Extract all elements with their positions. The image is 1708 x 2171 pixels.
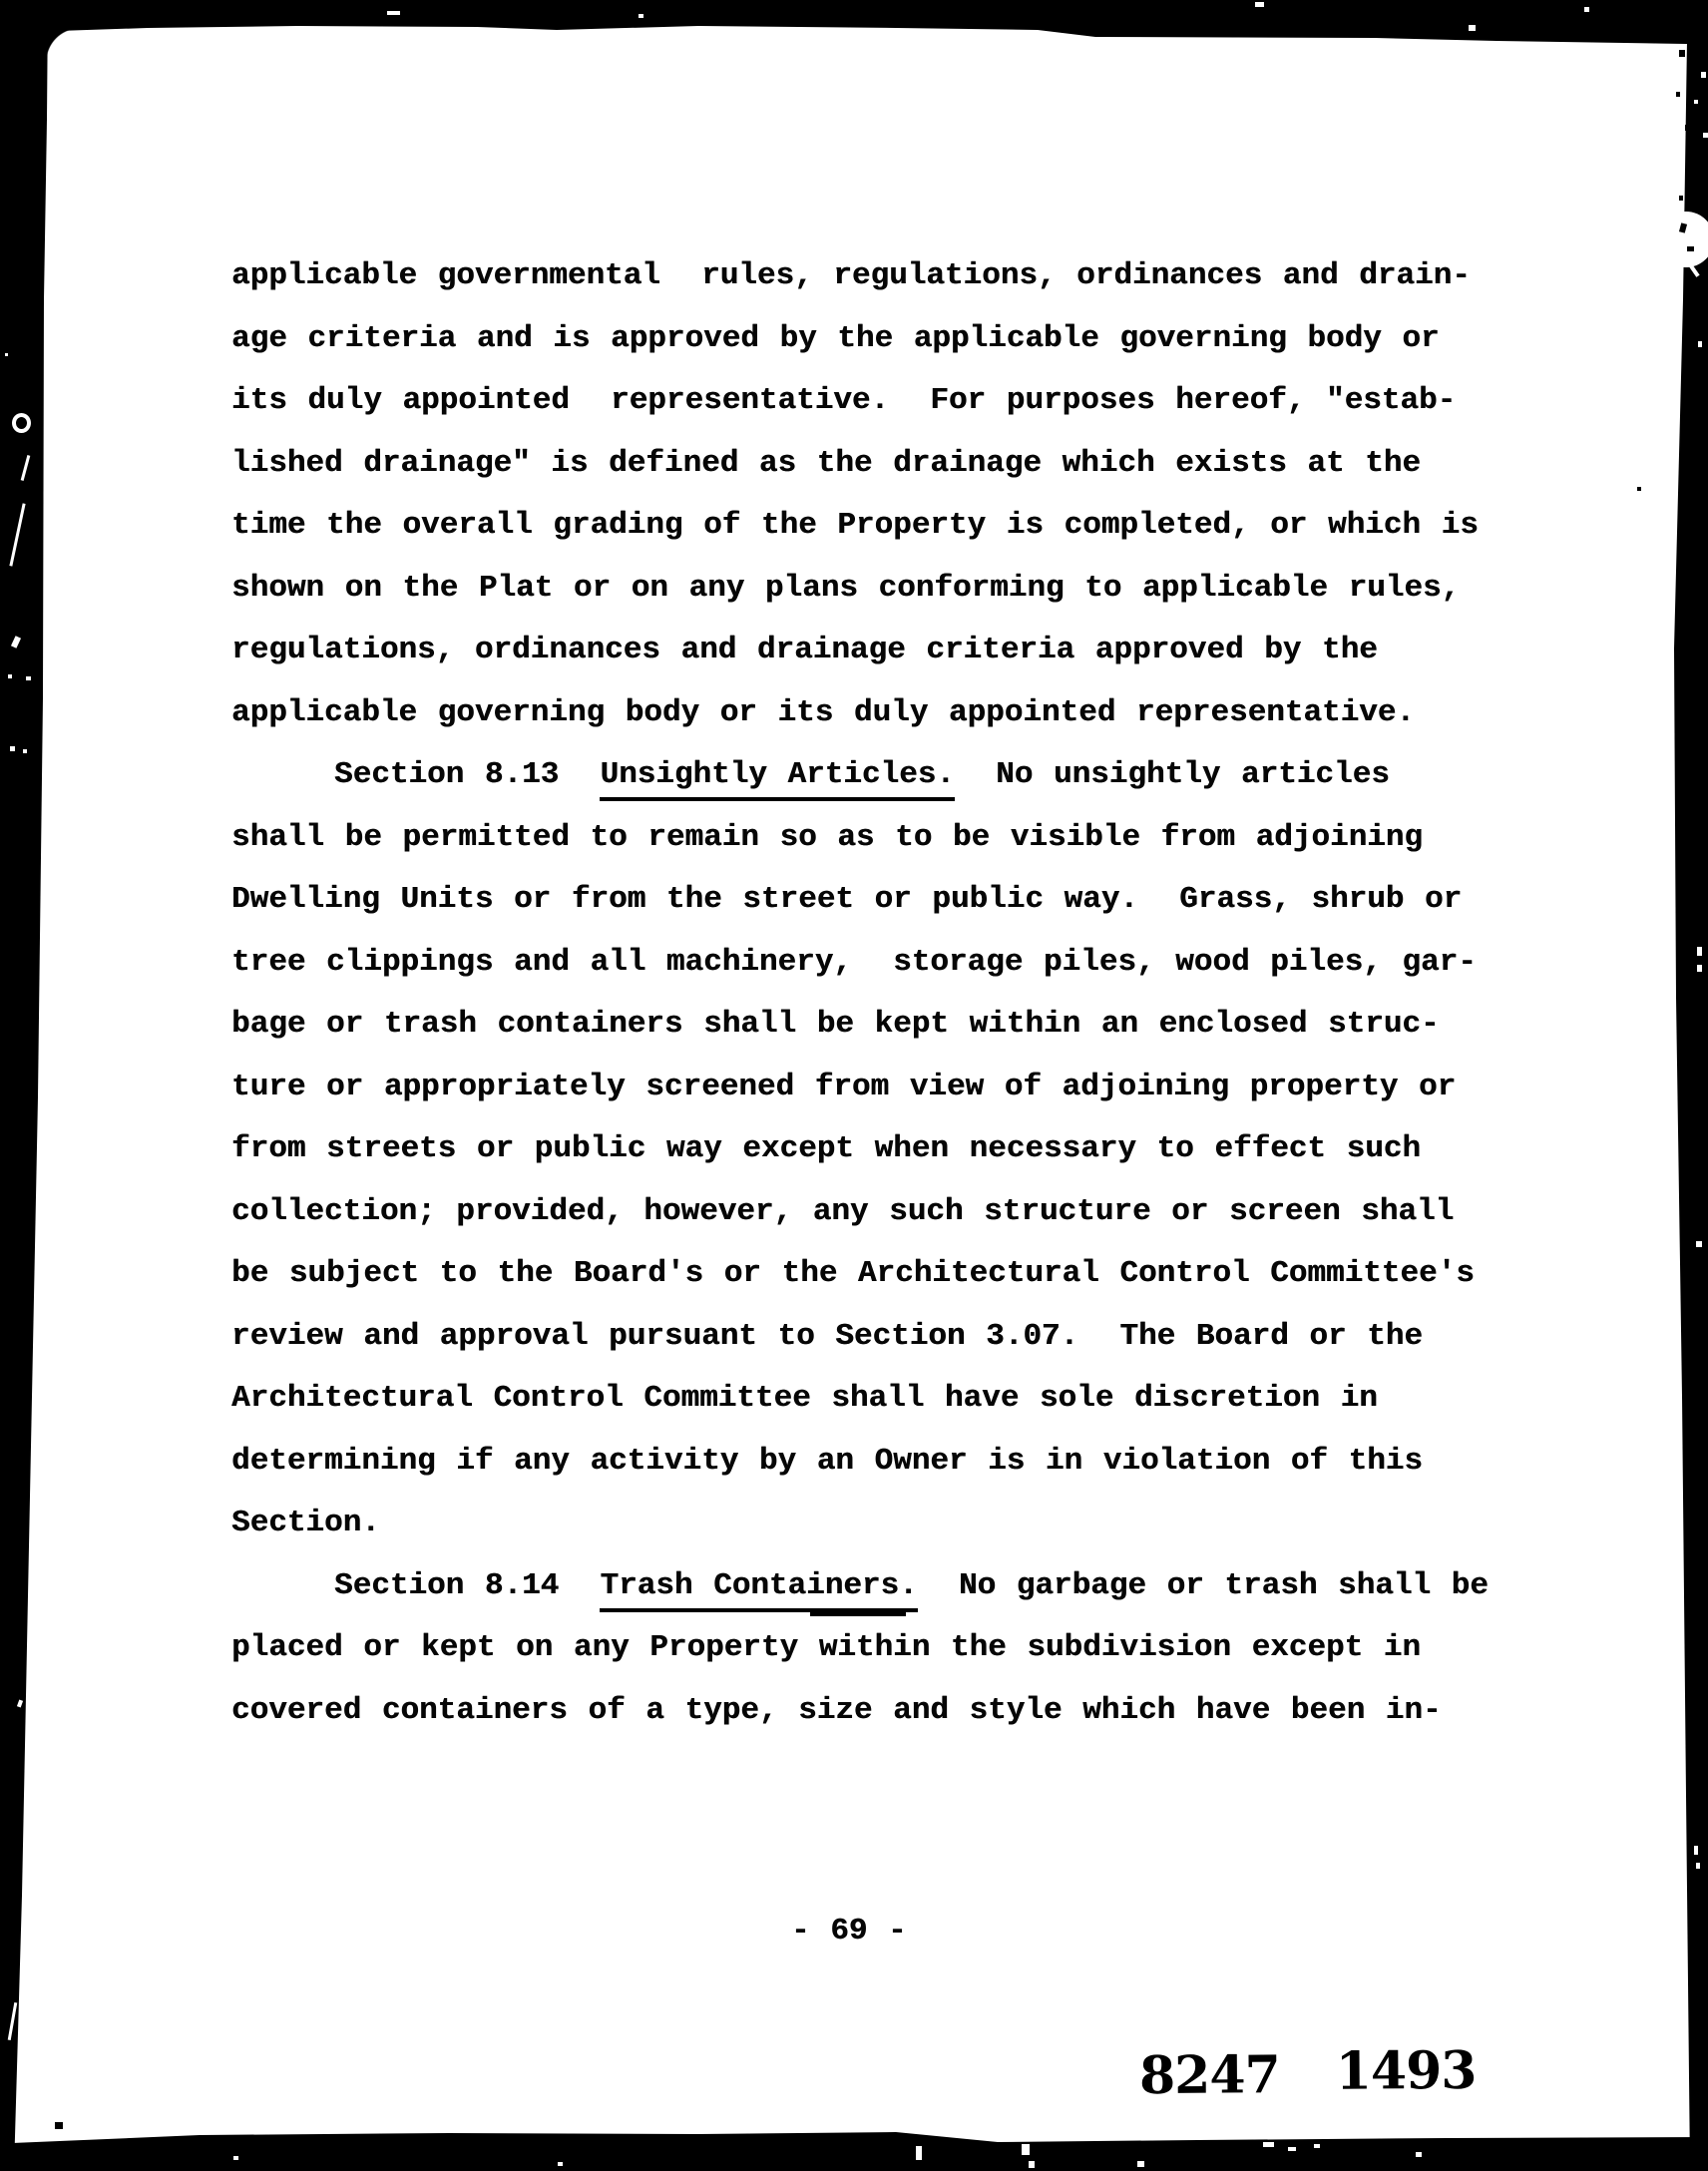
underline-fragment bbox=[810, 1612, 906, 1616]
text-line: applicable governing body or its duly ap… bbox=[231, 682, 1489, 745]
scan-noise-speck bbox=[1263, 2142, 1274, 2147]
scan-noise-speck bbox=[1701, 72, 1706, 78]
scan-noise-speck bbox=[8, 674, 12, 678]
scan-noise-speck bbox=[55, 2122, 63, 2129]
scan-noise-speck bbox=[1685, 125, 1690, 131]
scan-noise-speck bbox=[1687, 246, 1694, 251]
text-line: applicable governmental rules, regulatio… bbox=[231, 245, 1489, 308]
text-line: Dwelling Units or from the street or pub… bbox=[231, 869, 1489, 932]
stamp-number-right: 1493 bbox=[1335, 2040, 1476, 2102]
photocopy-border-top bbox=[0, 0, 1708, 50]
text-line: be subject to the Board's or the Archite… bbox=[231, 1243, 1489, 1306]
page-rounded-corner bbox=[44, 26, 80, 62]
text-line: Section 8.13 Unsightly Articles. No unsi… bbox=[231, 744, 1489, 807]
text-line: determining if any activity by an Owner … bbox=[231, 1431, 1489, 1494]
scan-noise-speck bbox=[233, 2156, 238, 2160]
document-body-text: applicable governmental rules, regulatio… bbox=[231, 245, 1489, 1742]
section-text: No unsightly articles bbox=[955, 757, 1390, 792]
scan-noise-speck bbox=[1694, 1846, 1698, 1855]
text-line: its duly appointed representative. For p… bbox=[231, 370, 1489, 433]
text-line: Section 8.14 Trash Containers. No garbag… bbox=[231, 1555, 1489, 1618]
scan-noise-speck bbox=[1679, 196, 1683, 201]
text-line: regulations, ordinances and drainage cri… bbox=[231, 620, 1489, 682]
scan-noise-speck bbox=[23, 749, 27, 753]
scan-noise-speck bbox=[1694, 100, 1698, 104]
scan-noise-speck bbox=[1255, 2, 1264, 7]
text-line: review and approval pursuant to Section … bbox=[231, 1306, 1489, 1369]
scan-noise-speck bbox=[1696, 1863, 1700, 1869]
text-line: ture or appropriately screened from view… bbox=[231, 1057, 1489, 1119]
scan-noise-speck bbox=[26, 676, 31, 680]
stamp-number-left: 8247 bbox=[1139, 2044, 1280, 2106]
scan-noise-speck bbox=[1697, 947, 1702, 956]
scan-noise-speck bbox=[1637, 487, 1641, 491]
section-label: Section 8.14 bbox=[231, 1568, 600, 1603]
scan-noise-speck bbox=[558, 2162, 563, 2166]
scan-noise-speck bbox=[1469, 25, 1476, 31]
text-line: shall be permitted to remain so as to be… bbox=[231, 807, 1489, 870]
scan-noise-speck bbox=[1584, 7, 1589, 12]
text-line: shown on the Plat or on any plans confor… bbox=[231, 558, 1489, 621]
scan-noise-speck bbox=[916, 2146, 922, 2160]
scan-noise-speck bbox=[639, 14, 643, 18]
scan-noise-speck bbox=[1679, 50, 1685, 57]
scan-noise-speck bbox=[1698, 341, 1702, 347]
page-number: - 69 - bbox=[791, 1901, 907, 1963]
scan-noise-speck bbox=[10, 746, 15, 751]
text-line: Section. bbox=[231, 1493, 1489, 1555]
text-line: from streets or public way except when n… bbox=[231, 1118, 1489, 1181]
section-text: No garbage or trash shall be bbox=[918, 1568, 1489, 1603]
text-line: tree clippings and all machinery, storag… bbox=[231, 932, 1489, 995]
punch-notch-bump bbox=[1658, 212, 1708, 267]
scan-noise-speck bbox=[1676, 92, 1680, 97]
scan-noise-speck bbox=[1314, 2144, 1320, 2148]
text-line: lished drainage" is defined as the drain… bbox=[231, 433, 1489, 496]
scan-noise-speck bbox=[1022, 2144, 1030, 2155]
scanned-document-page: applicable governmental rules, regulatio… bbox=[0, 0, 1708, 2171]
scan-noise-speck bbox=[1029, 2161, 1035, 2168]
scan-noise-ring bbox=[12, 413, 31, 433]
photocopy-border-left bbox=[0, 0, 60, 2171]
scan-noise-speck bbox=[1416, 2152, 1422, 2157]
scan-noise-speck bbox=[1703, 133, 1708, 138]
scan-noise-speck bbox=[1288, 2147, 1296, 2151]
text-line: bage or trash containers shall be kept w… bbox=[231, 994, 1489, 1057]
text-line: placed or kept on any Property within th… bbox=[231, 1617, 1489, 1680]
section-title-underlined: Unsightly Articles. bbox=[600, 757, 954, 801]
text-line: time the overall grading of the Property… bbox=[231, 495, 1489, 558]
text-line: Architectural Control Committee shall ha… bbox=[231, 1368, 1489, 1431]
text-line: covered containers of a type, size and s… bbox=[231, 1680, 1489, 1743]
text-line: age criteria and is approved by the appl… bbox=[231, 308, 1489, 371]
text-line: collection; provided, however, any such … bbox=[231, 1181, 1489, 1244]
recorder-stamp: 82471493 bbox=[1139, 2048, 1477, 2102]
scan-noise-speck bbox=[1697, 965, 1702, 972]
section-label: Section 8.13 bbox=[231, 757, 600, 792]
photocopy-border-bottom bbox=[0, 2123, 1708, 2171]
section-title-underlined: Trash Containers. bbox=[600, 1568, 917, 1612]
scan-noise-speck bbox=[5, 353, 8, 356]
scan-noise-speck bbox=[1696, 1241, 1702, 1247]
scan-noise-speck bbox=[1137, 2161, 1144, 2167]
scan-noise-speck bbox=[387, 11, 400, 15]
